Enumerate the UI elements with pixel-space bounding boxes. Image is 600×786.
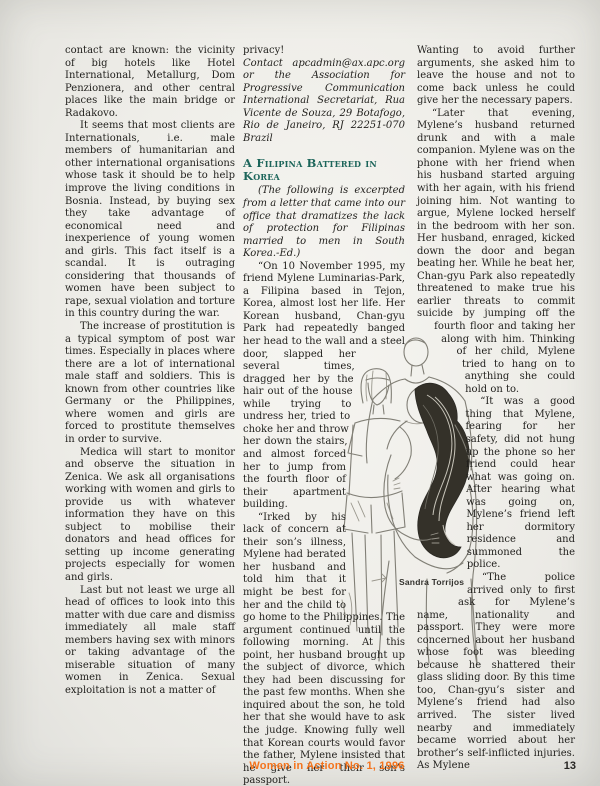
paragraph: contact are known: the vicinity of big h… bbox=[65, 45, 235, 120]
paragraph: Medica will start to monitor and observe… bbox=[65, 447, 235, 585]
page-number: 13 bbox=[564, 760, 576, 772]
magazine-page: contact are known: the vicinity of big h… bbox=[0, 0, 600, 786]
contact-note: Contact apcadmin@ax.apc.org or the Assoc… bbox=[243, 58, 405, 146]
illustration-credit: Sandra Torrijos bbox=[399, 577, 464, 587]
footer-journal-title: Women in Action No. 1, 1996 bbox=[27, 760, 600, 772]
column-middle: privacy! Contact apcadmin@ax.apc.org or … bbox=[243, 45, 405, 745]
paragraph: It seems that most clients are Internati… bbox=[65, 120, 235, 321]
paragraph: Wanting to avoid further arguments, she … bbox=[417, 45, 575, 108]
column-right: Wanting to avoid further arguments, she … bbox=[417, 45, 575, 745]
column-left: contact are known: the vicinity of big h… bbox=[65, 45, 235, 745]
paragraph: Last but not least we urge all head of o… bbox=[65, 585, 235, 698]
text-columns: contact are known: the vicinity of big h… bbox=[65, 45, 575, 745]
paragraph: The increase of prostitution is a typica… bbox=[65, 321, 235, 446]
